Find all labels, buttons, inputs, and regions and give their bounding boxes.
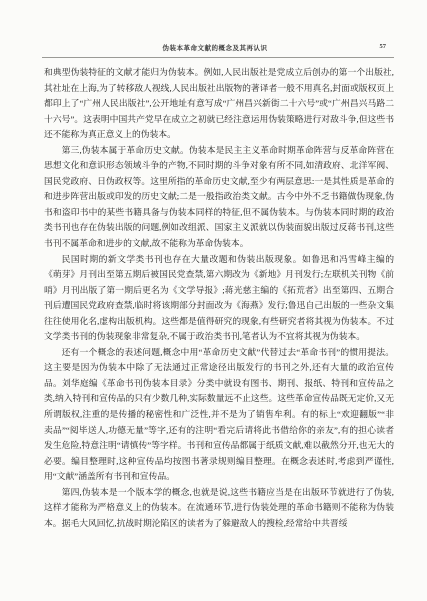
header-rule bbox=[42, 57, 394, 58]
page-header: 伪装本革命文献的概念及其再认识 57 bbox=[44, 43, 386, 55]
paragraph-continuation: 和典型伪装特征的文献才能归为伪装本。例如,人民出版社是党成立后创办的第一个出版社… bbox=[44, 65, 394, 143]
document-page: 伪装本革命文献的概念及其再认识 57 和典型伪装特征的文献才能归为伪装本。例如,… bbox=[0, 0, 427, 601]
page-number: 57 bbox=[380, 43, 387, 50]
paragraph-concept-wording: 还有一个概念的表述问题,概念中用“革命历史文献”代替过去“革命书刊”的惯用提法。… bbox=[44, 345, 394, 485]
running-title: 伪装本革命文献的概念及其再认识 bbox=[44, 43, 386, 52]
paragraph-fourth-point: 第四,伪装本是一个版本学的概念,也就是说,这些书籍应当是在出版环节就进行了伪装,… bbox=[44, 485, 394, 532]
page-body: 和典型伪装特征的文献才能归为伪装本。例如,人民出版社是党成立后创办的第一个出版社… bbox=[44, 65, 394, 531]
paragraph-republican-literature: 民国时期的新文学类书刊也存在大量改题和伪装出版现象。如鲁迅和冯雪峰主编的《萌芽》… bbox=[44, 252, 394, 345]
paragraph-third-point: 第三,伪装本属于革命历史文献。伪装本是民主主义革命时期革命阵营与反革命阵营在思想… bbox=[44, 143, 394, 252]
